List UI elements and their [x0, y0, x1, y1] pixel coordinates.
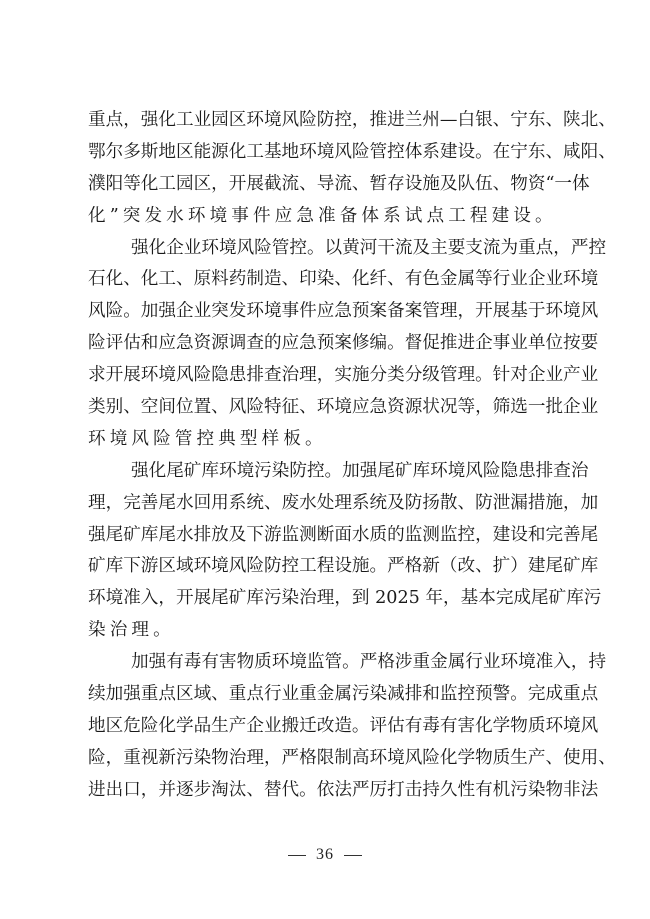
text-line: 环境准入，开展尾矿库污染治理，到 2025 年，基本完成尾矿库污	[88, 583, 566, 615]
text-line: 险评估和应急资源调查的应急预案修编。督促推进企事业单位按要	[88, 328, 566, 360]
paragraph-first-line: 强化企业环境风险管控。以黄河干流及主要支流为重点，严控	[88, 233, 566, 265]
document-page: 重点，强化工业园区环境风险防控，推进兰州—白银、宁东、陕北、 鄂尔多斯地区能源化…	[0, 0, 650, 919]
text-line: 濮阳等化工园区，开展截流、导流、暂存设施及队伍、物资“一体	[88, 169, 566, 201]
paragraph-first-line: 强化尾矿库环境污染防控。加强尾矿库环境风险隐患排查治	[88, 456, 566, 488]
text-line: 化”突发水环境事件应急准备体系试点工程建设。	[88, 201, 566, 233]
text-line: 重点，强化工业园区环境风险防控，推进兰州—白银、宁东、陕北、	[88, 105, 566, 137]
page-number: 36	[0, 846, 650, 864]
dash-left	[288, 855, 306, 856]
paragraph-first-line: 加强有毒有害物质环境监管。严格涉重金属行业环境准入，持	[88, 647, 566, 679]
text-line: 染治理。	[88, 615, 566, 647]
text-line: 环境风险管控典型样板。	[88, 424, 566, 456]
text-line: 矿库下游区域环境风险防控工程设施。严格新（改、扩）建尾矿库	[88, 551, 566, 583]
text-line: 石化、化工、原料药制造、印染、化纤、有色金属等行业企业环境	[88, 264, 566, 296]
text-line: 类别、空间位置、风险特征、环境应急资源状况等，筛选一批企业	[88, 392, 566, 424]
text-line: 地区危险化学品生产企业搬迁改造。评估有毒有害化学物质环境风	[88, 711, 566, 743]
text-line: 强尾矿库尾水排放及下游监测断面水质的监测监控，建设和完善尾	[88, 520, 566, 552]
text-line: 进出口，并逐步淘汰、替代。依法严厉打击持久性有机污染物非法	[88, 775, 566, 807]
text-line: 理，完善尾水回用系统、废水处理系统及防扬散、防泄漏措施，加	[88, 488, 566, 520]
text-line: 风险。加强企业突发环境事件应急预案备案管理，开展基于环境风	[88, 296, 566, 328]
text-line: 鄂尔多斯地区能源化工基地环境风险管控体系建设。在宁东、咸阳、	[88, 137, 566, 169]
body-text: 重点，强化工业园区环境风险防控，推进兰州—白银、宁东、陕北、 鄂尔多斯地区能源化…	[88, 105, 566, 807]
dash-right	[344, 855, 362, 856]
text-line: 险，重视新污染物治理，严格限制高环境风险化学物质生产、使用、	[88, 743, 566, 775]
text-line: 求开展环境风险隐患排查治理，实施分类分级管理。针对企业产业	[88, 360, 566, 392]
page-number-value: 36	[316, 846, 334, 863]
text-line: 续加强重点区域、重点行业重金属污染减排和监控预警。完成重点	[88, 679, 566, 711]
